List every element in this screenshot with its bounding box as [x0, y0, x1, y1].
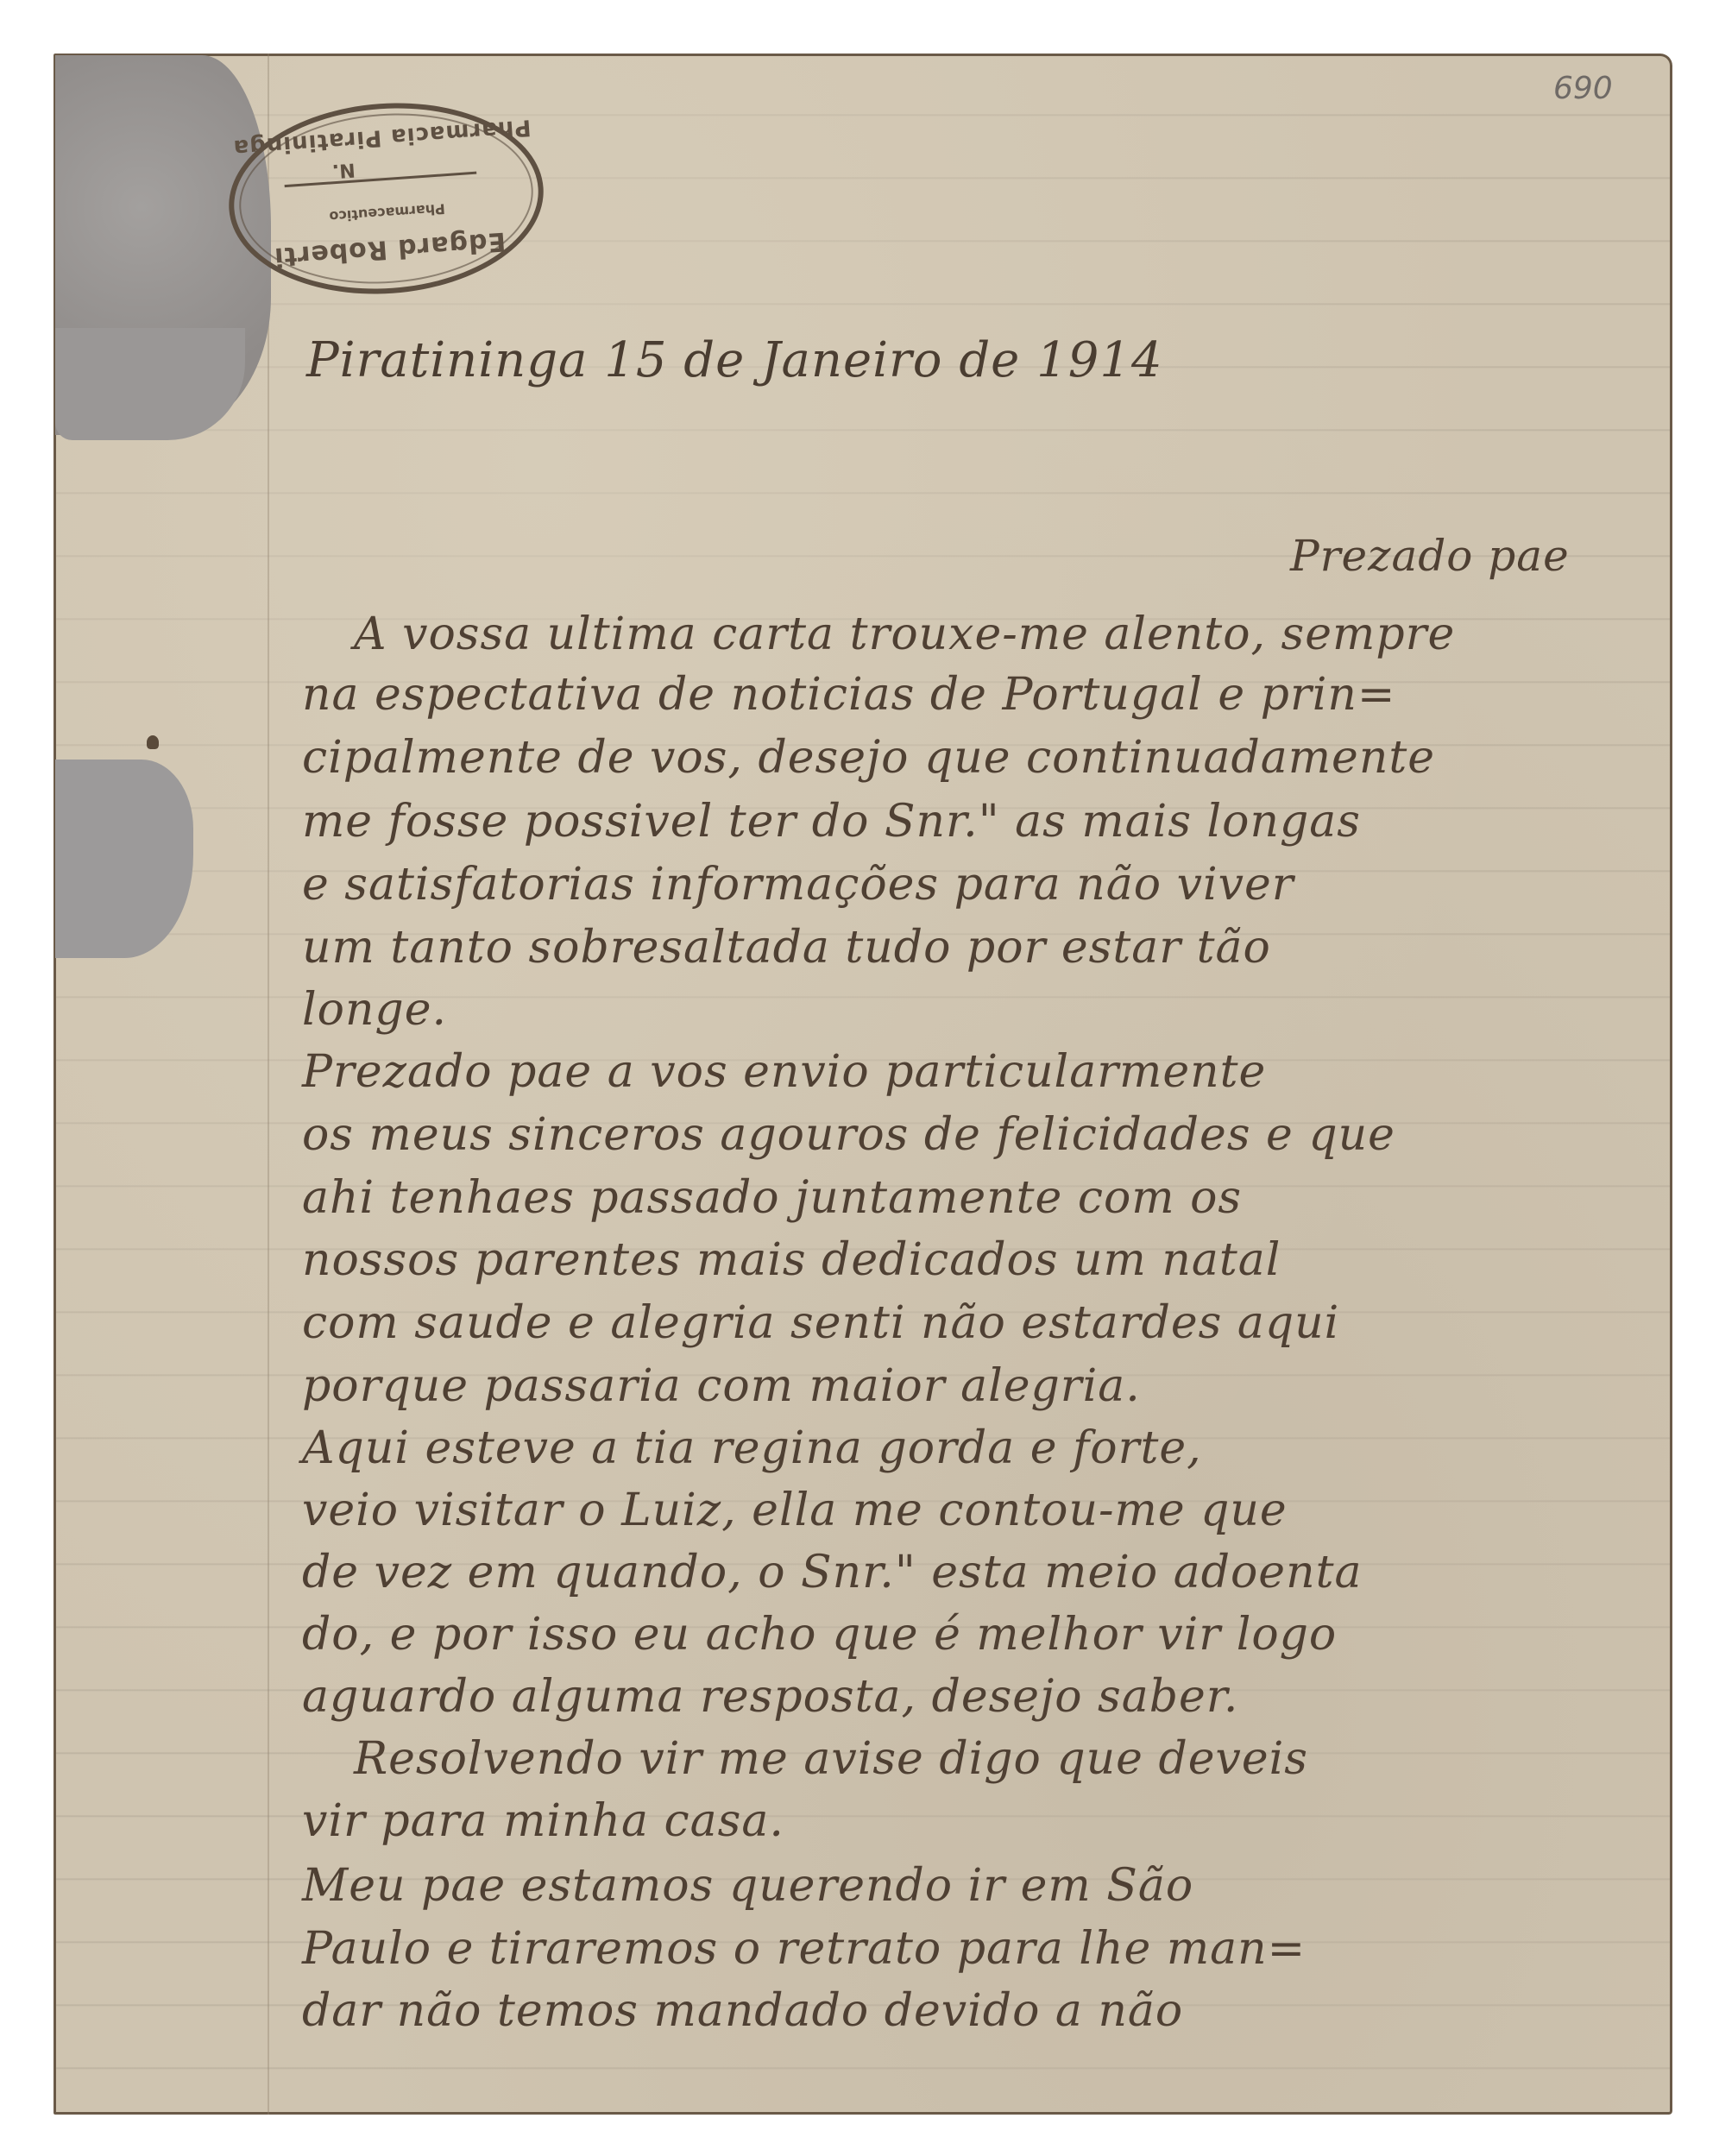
letter-line: nossos parentes mais dedicados um natal	[302, 1234, 1281, 1286]
salutation: Prezado pae	[1290, 531, 1570, 581]
letter-line: Resolvendo vir me avise digo que deveis	[354, 1733, 1308, 1785]
archive-number: 690	[1553, 71, 1613, 106]
letter-line: de vez em quando, o Snr." esta meio adoe…	[302, 1547, 1362, 1598]
letter-line: porque passaria com maior alegria.	[302, 1360, 1141, 1412]
paper-damage-middle	[55, 760, 193, 958]
ink-blot	[147, 735, 159, 749]
margin-rule	[268, 54, 269, 2115]
letter-line: na espectativa de noticias de Portugal e…	[302, 669, 1396, 721]
letter-line: veio visitar o Luiz, ella me contou-me q…	[302, 1485, 1288, 1536]
letter-line: Paulo e tiraremos o retrato para lhe man…	[302, 1923, 1306, 1975]
date-line: Piratininga 15 de Janeiro de 1914	[306, 332, 1163, 388]
letter-line: os meus sinceros agouros de felicidades …	[302, 1109, 1395, 1161]
letter-line: do, e por isso eu acho que é melhor vir …	[302, 1609, 1337, 1661]
letter-line: ahi tenhaes passado juntamente com os	[302, 1172, 1242, 1224]
letter-line: aguardo alguma resposta, desejo saber.	[302, 1671, 1238, 1723]
letter-line: Meu pae estamos querendo ir em São	[302, 1860, 1193, 1912]
letter-line: um tanto sobresaltada tudo por estar tão	[302, 922, 1271, 974]
letter-line: A vossa ultima carta trouxe-me alento, s…	[354, 608, 1455, 660]
letter-line: Aqui esteve a tia regina gorda e forte,	[302, 1422, 1202, 1474]
letter-line: vir para minha casa.	[302, 1795, 784, 1847]
letter-line: Prezado pae a vos envio particularmente	[302, 1046, 1266, 1098]
letter-line: me fosse possivel ter do Snr." as mais l…	[302, 796, 1361, 848]
stamp-number-label: N.	[331, 158, 356, 181]
letter-line: cipalmente de vos, desejo que continuada…	[302, 732, 1435, 784]
letter-line: com saude e alegria senti não estardes a…	[302, 1297, 1339, 1349]
letter-line: longe.	[302, 984, 447, 1036]
letter-line: e satisfatorias informações para não viv…	[302, 859, 1294, 911]
letter-line: dar não temos mandado devido a não	[302, 1985, 1183, 2037]
